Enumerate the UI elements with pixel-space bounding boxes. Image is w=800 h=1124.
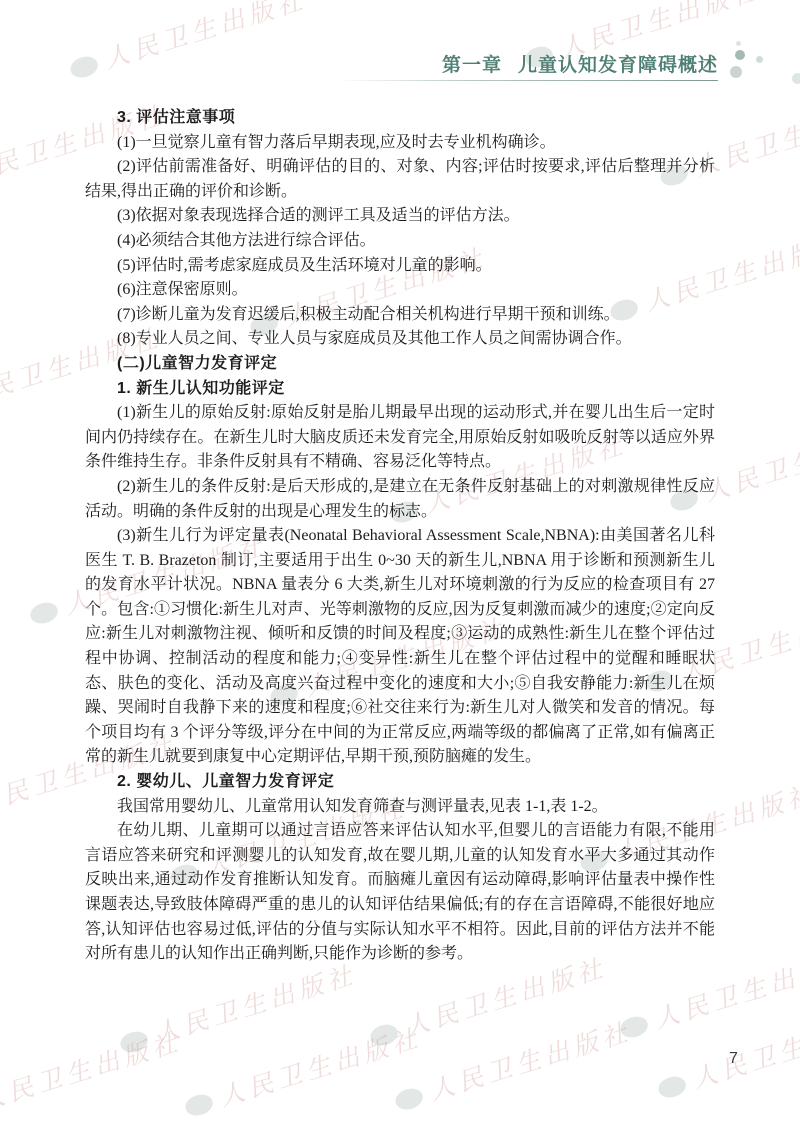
section-heading: (二)儿童智力发育评定 <box>85 352 715 377</box>
paragraph: 我国常用婴幼儿、儿童常用认知发育筛查与测评量表,见表 1-1,表 1-2。 <box>85 795 715 820</box>
paragraph: 在幼儿期、儿童期可以通过言语应答来评估认知水平,但婴儿的言语能力有限,不能用言语… <box>85 819 715 967</box>
chapter-title: 儿童认知发育障碍概述 <box>518 55 718 76</box>
chapter-label: 第一章 <box>442 55 502 76</box>
book-page: 人民卫生出版社人民卫生出版社人民卫生出版社人民卫生出版社人民卫生出版社人民卫生出… <box>0 0 800 1124</box>
paragraph: (1)新生儿的原始反射:原始反射是胎儿期最早出现的运动形式,并在婴儿出生后一定时… <box>85 401 715 475</box>
section-heading: 3. 评估注意事项 <box>85 106 715 131</box>
paragraph: (5)评估时,需考虑家庭成员及生活环境对儿童的影响。 <box>85 254 715 279</box>
decorative-dot <box>736 41 741 46</box>
publisher-watermark: 人民卫生出版社 <box>687 1000 800 1096</box>
paragraph: (6)注意保密原则。 <box>85 278 715 303</box>
paragraph: (2)评估前需准备好、明确评估的目的、对象、内容;评估时按要求,评估后整理并分析… <box>85 155 715 204</box>
paragraph: (7)诊断儿童为发育迟缓后,积极主动配合相关机构进行早期干预和训练。 <box>85 303 715 328</box>
paragraph: (1)一旦觉察儿童有智力落后早期表现,应及时去专业机构确诊。 <box>85 131 715 156</box>
paragraph: (2)新生儿的条件反射:是后天形成的,是建立在无条件反射基础上的对刺激规律性反应… <box>85 475 715 524</box>
publisher-watermark: 人民卫生出版社 <box>149 955 360 1051</box>
page-content: 3. 评估注意事项(1)一旦觉察儿童有智力落后早期表现,应及时去专业机构确诊。(… <box>85 106 715 967</box>
section-heading: 1. 新生儿认知功能评定 <box>85 377 715 402</box>
publisher-watermark: 人民卫生出版社 <box>214 1018 425 1114</box>
paragraph: (3)依据对象表现选择合适的测评工具及适当的评估方法。 <box>85 204 715 229</box>
header-rule <box>338 80 718 81</box>
paragraph: (3)新生儿行为评定量表(Neonatal Behavioral Assessm… <box>85 524 715 770</box>
paragraph: (8)专业人员之间、专业人员与家庭成员及其他工作人员之间需协调合作。 <box>85 327 715 352</box>
section-heading: 2. 婴幼儿、儿童智力发育评定 <box>85 770 715 795</box>
page-number: 7 <box>729 1050 738 1068</box>
publisher-watermark: 人民卫生出版社 <box>0 1022 186 1118</box>
publisher-watermark: 人民卫生出版社 <box>424 1012 635 1108</box>
chapter-heading: 第一章儿童认知发育障碍概述 <box>0 50 718 77</box>
decorative-dot <box>792 73 800 84</box>
decorative-dot <box>730 66 742 78</box>
paragraph: (4)必须结合其他方法进行综合评估。 <box>85 229 715 254</box>
decorative-dot <box>756 56 763 63</box>
decorative-dot <box>735 50 745 60</box>
